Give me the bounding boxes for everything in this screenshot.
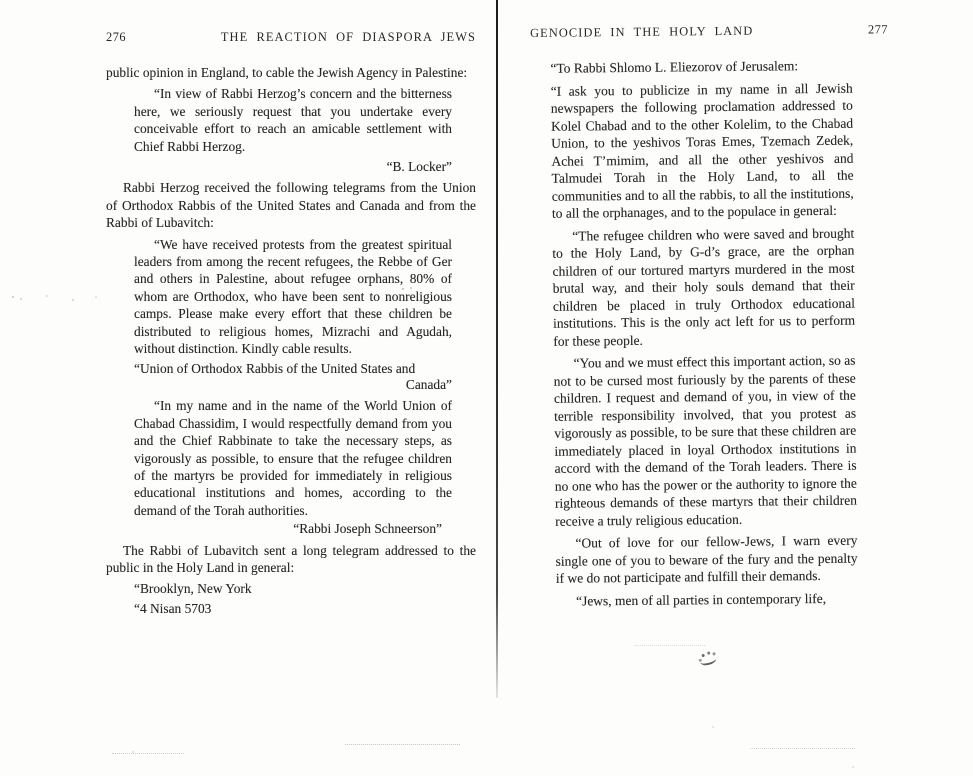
paragraph-herzog-received: Rabbi Herzog received the following tele… xyxy=(106,179,476,231)
paragraph-publicize-proclamation: “I ask you to publicize in my name in al… xyxy=(551,79,854,222)
left-running-head: THE REACTION OF DIASPORA JEWS xyxy=(221,30,476,45)
line-nisan-date: “4 Nisan 5703 xyxy=(134,600,452,617)
signature-locker: “B. Locker” xyxy=(134,158,452,175)
right-page: GENOCIDE IN THE HOLY LAND 277 “To Rabbi … xyxy=(530,22,894,615)
paragraph-public-opinion: public opinion in England, to cable the … xyxy=(106,64,476,81)
right-running-head: GENOCIDE IN THE HOLY LAND xyxy=(530,24,753,41)
scan-dash-artifact xyxy=(112,753,184,754)
signature-schneerson: “Rabbi Joseph Schneerson” xyxy=(134,520,442,537)
scan-dash-artifact xyxy=(635,645,705,646)
left-page-number: 276 xyxy=(106,30,126,45)
scan-dash-artifact xyxy=(750,748,855,749)
attribution-union-line1: “Union of Orthodox Rabbis of the United … xyxy=(134,360,452,377)
left-page-header: 276 THE REACTION OF DIASPORA JEWS xyxy=(106,30,476,45)
paragraph-to-rabbi-eliezorov: “To Rabbi Shlomo L. Eliezorov of Jerusal… xyxy=(550,57,852,78)
blockquote-locker-telegram: “In view of Rabbi Herzog’s concern and t… xyxy=(134,85,452,155)
paragraph-lubavitch-sent: The Rabbi of Lubavitch sent a long teleg… xyxy=(106,542,476,577)
paragraph-effect-action: “You and we must effect this important a… xyxy=(553,352,857,530)
blockquote-chabad-telegram: “In my name and in the name of the World… xyxy=(134,397,452,519)
left-page-body: public opinion in England, to cable the … xyxy=(106,64,476,617)
scan-dash-artifact xyxy=(345,744,460,745)
right-page-header: GENOCIDE IN THE HOLY LAND 277 xyxy=(530,22,888,41)
paragraph-refugee-children: “The refugee children who were saved and… xyxy=(552,224,855,350)
attribution-union-line2: Canada” xyxy=(134,376,452,393)
paragraph-warn-fellow-jews: “Out of love for our fellow-Jews, I warn… xyxy=(555,532,858,588)
right-page-body: “To Rabbi Shlomo L. Eliezorov of Jerusal… xyxy=(550,57,858,610)
scan-speckles xyxy=(12,296,14,298)
paragraph-jews-all-parties: “Jews, men of all parties in contemporar… xyxy=(556,589,858,610)
blockquote-union-telegram: “We have received protests from the grea… xyxy=(134,236,452,358)
line-brooklyn: “Brooklyn, New York xyxy=(134,580,452,597)
book-scan: 276 THE REACTION OF DIASPORA JEWS public… xyxy=(0,0,973,776)
page-gutter-line xyxy=(496,0,498,698)
left-page: 276 THE REACTION OF DIASPORA JEWS public… xyxy=(106,30,476,621)
right-page-number: 277 xyxy=(868,22,888,37)
scan-smudge-mark xyxy=(699,654,717,667)
